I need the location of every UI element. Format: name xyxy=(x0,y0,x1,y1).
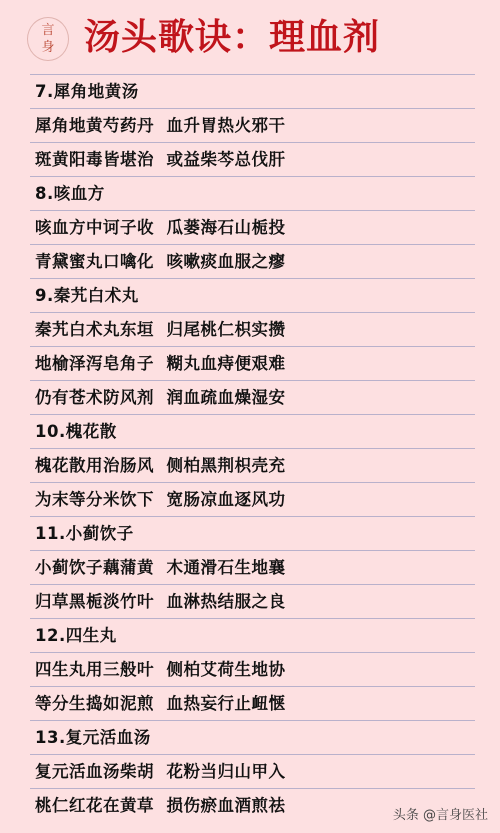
section-heading: 7.犀角地黄汤 xyxy=(30,74,475,108)
verse-line: 为末等分米饮下 宽肠凉血逐风功 xyxy=(30,482,475,516)
verse-line: 犀角地黄芍药丹 血升胃热火邪干 xyxy=(30,108,475,142)
heading-text: 13.复元活血汤 xyxy=(30,721,475,754)
verse-text: 秦艽白术丸东垣 归尾桃仁枳实攒 xyxy=(30,313,475,346)
logo-icon: 言 身 xyxy=(27,17,69,61)
verse-text: 归草黑栀淡竹叶 血淋热结服之良 xyxy=(30,585,475,618)
section-heading: 11.小蓟饮子 xyxy=(30,516,475,550)
verse-text: 仍有苍术防风剂 润血疏血燥湿安 xyxy=(30,381,475,414)
verse-text: 地榆泽泻皂角子 糊丸血痔便艰难 xyxy=(30,347,475,380)
verse-list: 7.犀角地黄汤 犀角地黄芍药丹 血升胃热火邪干 斑黄阳毒皆堪治 或益柴芩总伐肝 … xyxy=(30,74,475,822)
verse-text: 咳血方中诃子收 瓜蒌海石山栀投 xyxy=(30,211,475,244)
verse-text: 犀角地黄芍药丹 血升胃热火邪干 xyxy=(30,109,475,142)
verse-text: 复元活血汤柴胡 花粉当归山甲入 xyxy=(30,755,475,788)
verse-text: 青黛蜜丸口噙化 咳嗽痰血服之瘳 xyxy=(30,245,475,278)
verse-line: 复元活血汤柴胡 花粉当归山甲入 xyxy=(30,754,475,788)
heading-text: 10.槐花散 xyxy=(30,415,475,448)
section-heading: 9.秦艽白术丸 xyxy=(30,278,475,312)
heading-text: 8.咳血方 xyxy=(30,177,475,210)
heading-text: 11.小蓟饮子 xyxy=(30,517,475,550)
logo-char-1: 言 xyxy=(28,22,68,39)
section-heading: 12.四生丸 xyxy=(30,618,475,652)
verse-text: 为末等分米饮下 宽肠凉血逐风功 xyxy=(30,483,475,516)
page-title: 汤头歌诀：理血剂 xyxy=(84,14,380,60)
verse-line: 小蓟饮子藕蒲黄 木通滑石生地襄 xyxy=(30,550,475,584)
verse-line: 咳血方中诃子收 瓜蒌海石山栀投 xyxy=(30,210,475,244)
verse-line: 仍有苍术防风剂 润血疏血燥湿安 xyxy=(30,380,475,414)
verse-text: 斑黄阳毒皆堪治 或益柴芩总伐肝 xyxy=(30,143,475,176)
verse-line: 四生丸用三般叶 侧柏艾荷生地协 xyxy=(30,652,475,686)
watermark: 头条 @言身医社 xyxy=(393,804,488,823)
verse-text: 槐花散用治肠风 侧柏黑荆枳壳充 xyxy=(30,449,475,482)
verse-line: 等分生捣如泥煎 血热妄行止衄惬 xyxy=(30,686,475,720)
verse-line: 斑黄阳毒皆堪治 或益柴芩总伐肝 xyxy=(30,142,475,176)
verse-text: 小蓟饮子藕蒲黄 木通滑石生地襄 xyxy=(30,551,475,584)
verse-text: 等分生捣如泥煎 血热妄行止衄惬 xyxy=(30,687,475,720)
section-heading: 8.咳血方 xyxy=(30,176,475,210)
heading-text: 9.秦艽白术丸 xyxy=(30,279,475,312)
logo-char-2: 身 xyxy=(28,39,68,56)
verse-line: 地榆泽泻皂角子 糊丸血痔便艰难 xyxy=(30,346,475,380)
header: 言 身 汤头歌诀：理血剂 xyxy=(0,0,500,74)
verse-text: 四生丸用三般叶 侧柏艾荷生地协 xyxy=(30,653,475,686)
section-heading: 13.复元活血汤 xyxy=(30,720,475,754)
verse-line: 秦艽白术丸东垣 归尾桃仁枳实攒 xyxy=(30,312,475,346)
heading-text: 7.犀角地黄汤 xyxy=(30,75,475,108)
verse-line: 青黛蜜丸口噙化 咳嗽痰血服之瘳 xyxy=(30,244,475,278)
verse-line: 归草黑栀淡竹叶 血淋热结服之良 xyxy=(30,584,475,618)
heading-text: 12.四生丸 xyxy=(30,619,475,652)
section-heading: 10.槐花散 xyxy=(30,414,475,448)
verse-line: 槐花散用治肠风 侧柏黑荆枳壳充 xyxy=(30,448,475,482)
